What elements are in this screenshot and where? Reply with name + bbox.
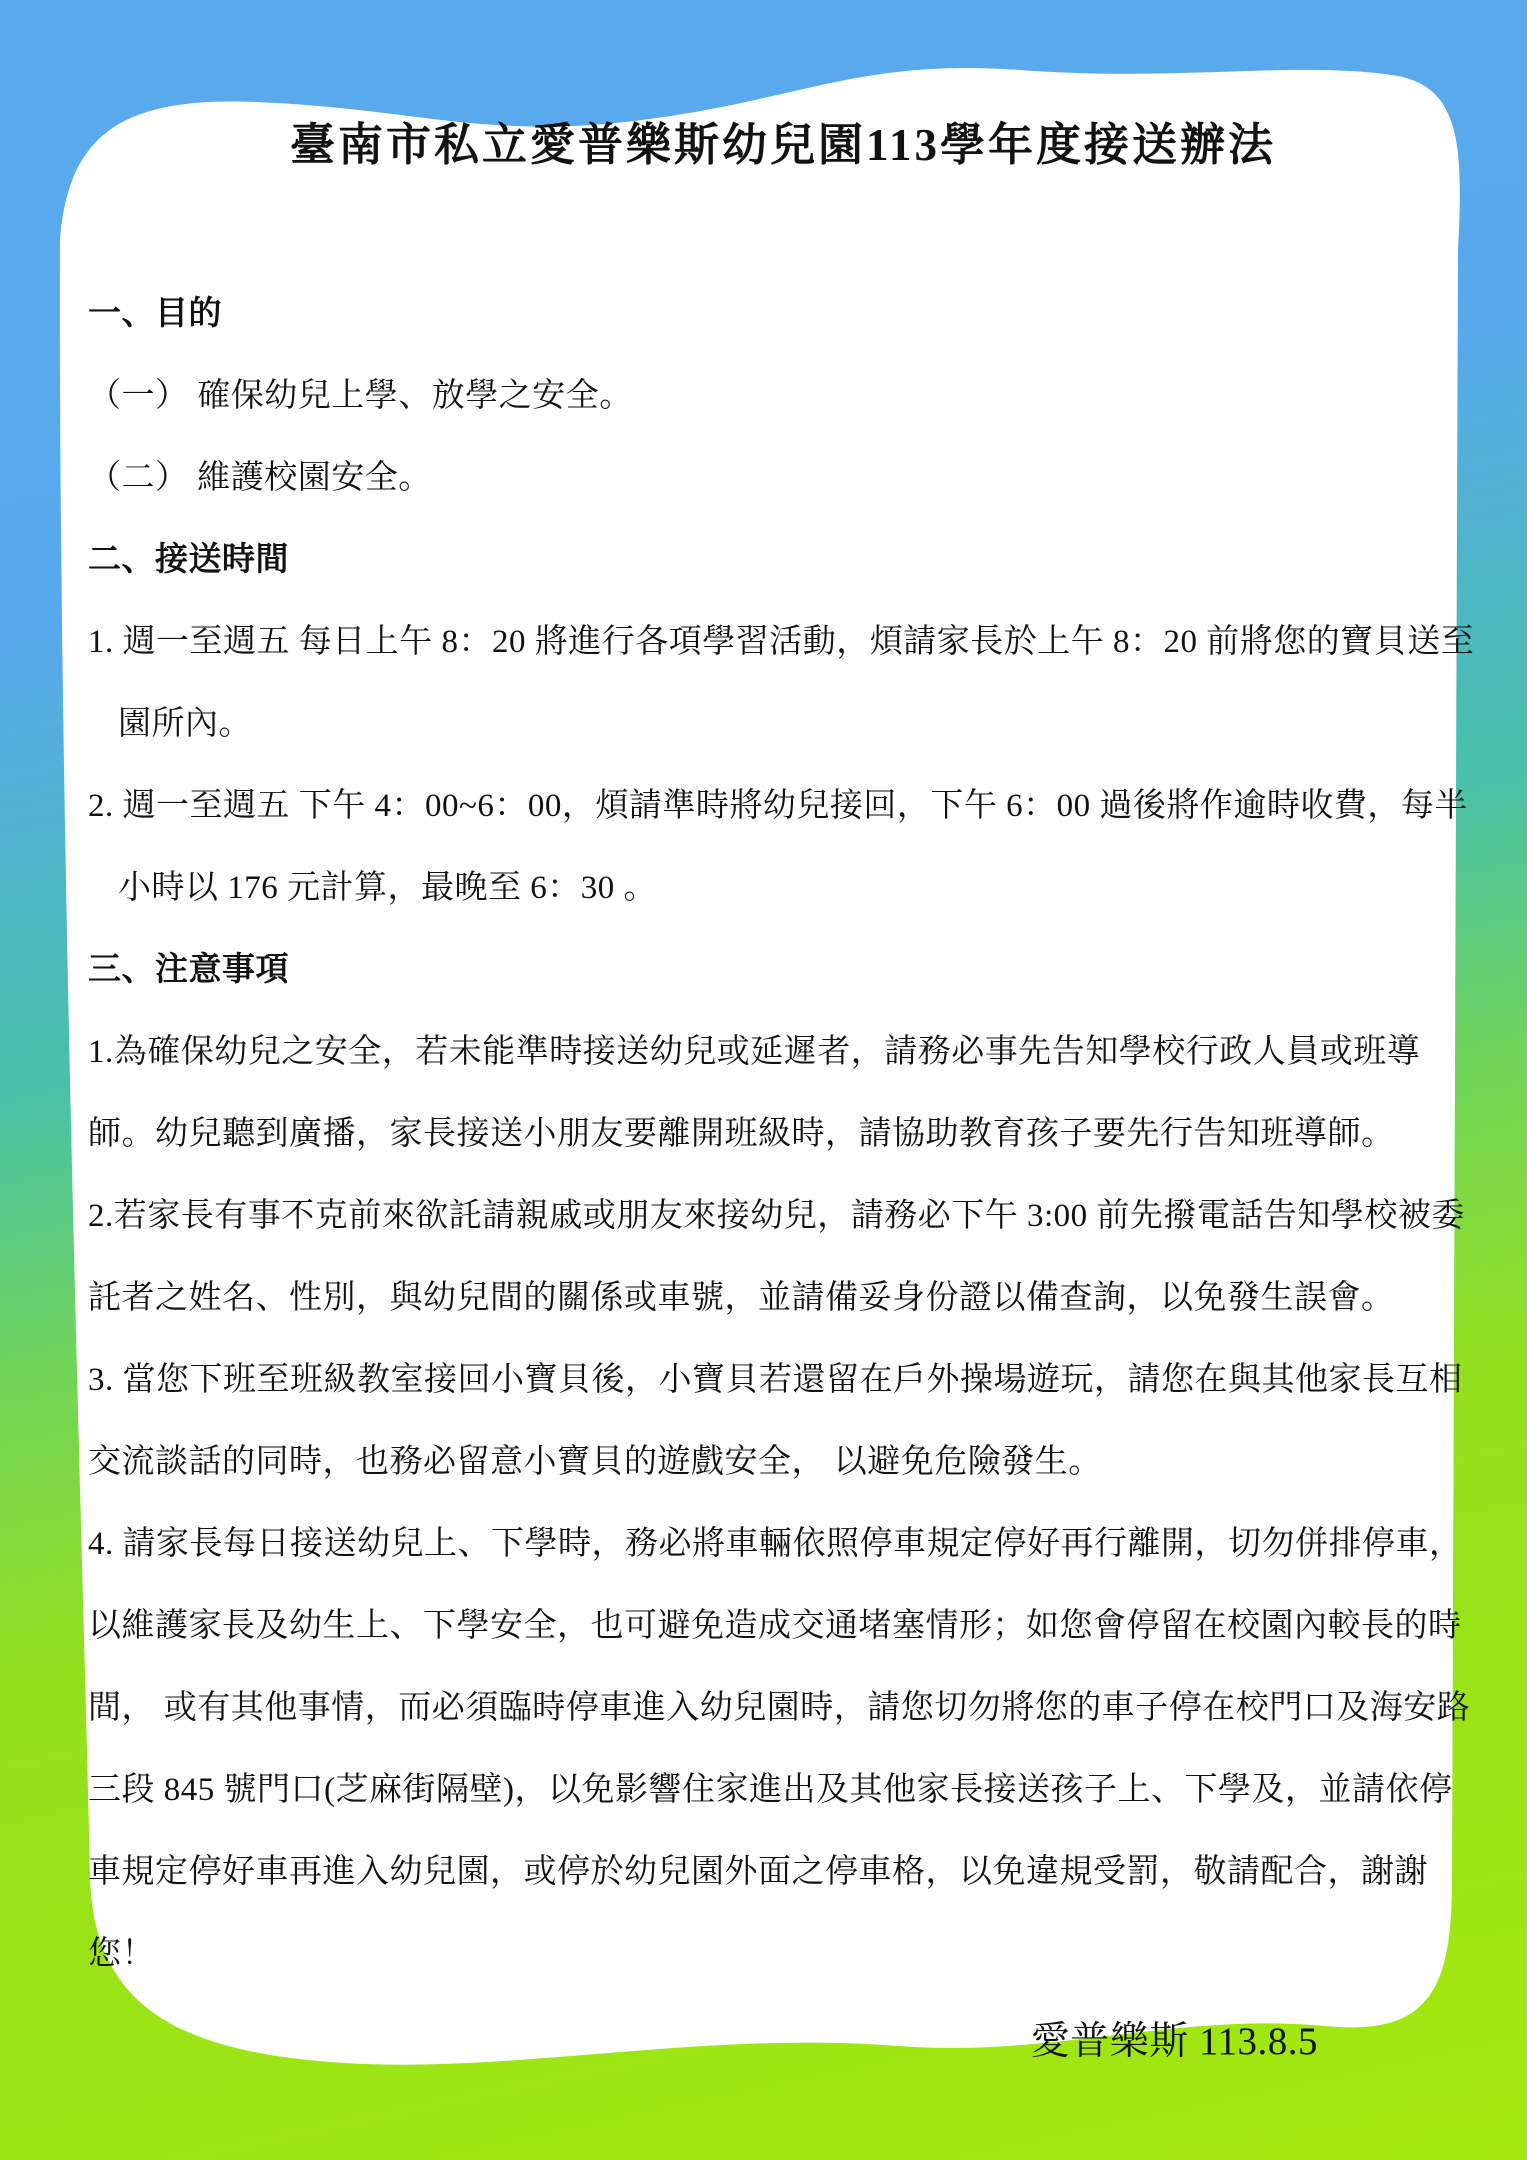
section-heading-purpose: 一、目的 xyxy=(88,273,1478,355)
notice-content: 臺南市私立愛普樂斯幼兒園113學年度接送辦法 一、目的 （一） 確保幼兒上學、放… xyxy=(88,0,1478,2083)
notice-page: 臺南市私立愛普樂斯幼兒園113學年度接送辦法 一、目的 （一） 確保幼兒上學、放… xyxy=(0,0,1527,2160)
notes-item-4: 4. 請家長每日接送幼兒上、下學時，務必將車輛依照停車規定停好再行離開，切勿併排… xyxy=(88,1503,1478,1995)
page-title: 臺南市私立愛普樂斯幼兒園113學年度接送辦法 xyxy=(88,116,1478,175)
section-heading-notes: 三、注意事項 xyxy=(88,929,1478,1011)
notes-item-3: 3. 當您下班至班級教室接回小寶貝後，小寶貝若還留在戶外操場遊玩，請您在與其他家… xyxy=(88,1339,1478,1503)
notes-item-1: 1.為確保幼兒之安全，若未能準時接送幼兒或延遲者，請務必事先告知學校行政人員或班… xyxy=(88,1011,1478,1175)
signature: 愛普樂斯 113.8.5 xyxy=(88,2001,1478,2083)
notes-item-2: 2.若家長有事不克前來欲託請親戚或朋友來接幼兒，請務必下午 3:00 前先撥電話… xyxy=(88,1175,1478,1339)
purpose-item-2: （二） 維護校園安全。 xyxy=(88,437,1478,519)
purpose-item-1: （一） 確保幼兒上學、放學之安全。 xyxy=(88,355,1478,437)
pickup-time-item-2: 2. 週一至週五 下午 4：00~6：00，煩請準時將幼兒接回，下午 6：00 … xyxy=(88,765,1478,929)
section-heading-pickup-time: 二、接送時間 xyxy=(88,519,1478,601)
pickup-time-item-1: 1. 週一至週五 每日上午 8：20 將進行各項學習活動，煩請家長於上午 8：2… xyxy=(88,601,1478,765)
